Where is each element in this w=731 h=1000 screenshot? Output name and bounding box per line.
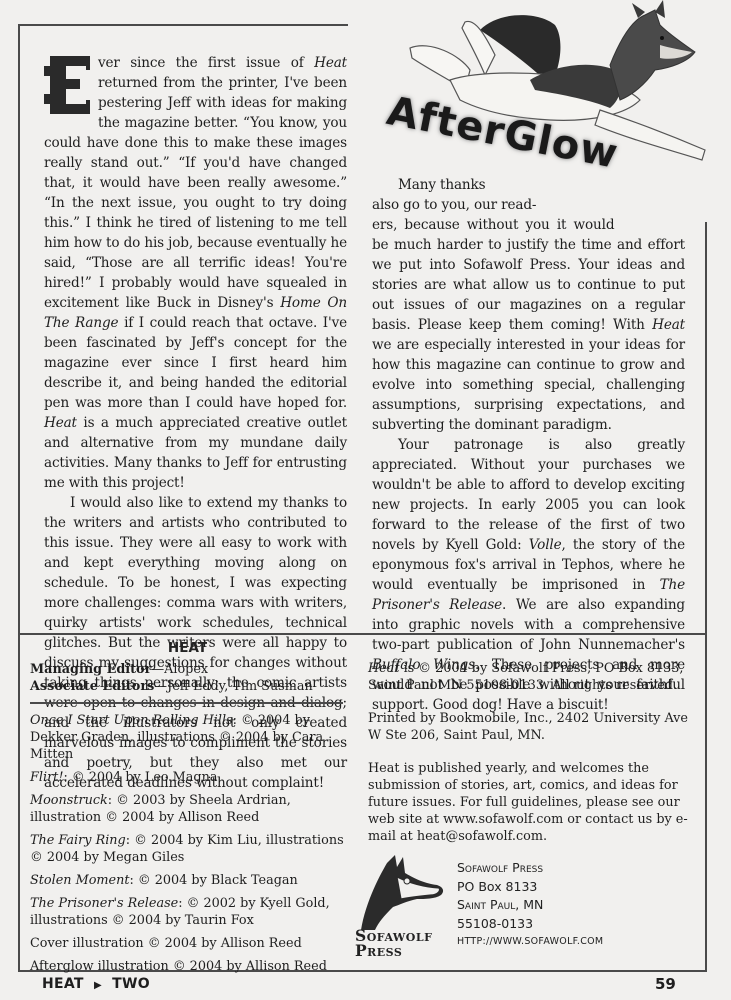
credits-divider [30, 702, 343, 704]
publisher-block: Sofawolf Press Sofawolf Press PO Box 813… [355, 855, 695, 960]
legal-block: Heat is © 2004 by Sofawolf Press, PO Box… [368, 660, 693, 861]
managing-editor: Managing Editor—Alopex [30, 661, 345, 678]
page-number: 59 [655, 975, 676, 993]
sofawolf-logo-icon [357, 855, 449, 930]
footer-arrow-icon: ▶ [94, 980, 102, 991]
credit-item: Afterglow illustration © 2004 by Allison… [30, 958, 345, 975]
publisher-city: Saint Paul, MN [457, 896, 603, 915]
associate-editors: Associate Editors—Jeff Eddy, Tim Susman [30, 678, 345, 695]
submissions-notice: Heat is published yearly, and welcomes t… [368, 760, 693, 845]
credit-item: Once I Start Upon Rolling Hills: © 2004 … [30, 712, 345, 763]
publisher-po-box: PO Box 8133 [457, 878, 603, 897]
credit-item: Flirt!: © 2004 by Leo Magna [30, 769, 345, 786]
frame-top-rule [18, 24, 348, 26]
sofawolf-wordmark: Sofawolf Press [355, 928, 432, 958]
printer-notice: Printed by Bookmobile, Inc., 2402 Univer… [368, 710, 693, 744]
credit-item: Stolen Moment: © 2004 by Black Teagan [30, 872, 345, 889]
publisher-address: Sofawolf Press PO Box 8133 Saint Paul, M… [457, 859, 603, 952]
article-paragraph-3: Many thanks also go to you, our read- er… [372, 175, 685, 435]
copyright-notice: Heat is © 2004 by Sofawolf Press, PO Box… [368, 660, 693, 694]
dropcap-e-icon [44, 56, 90, 114]
credit-item: Moonstruck: © 2003 by Sheela Ardrian, il… [30, 792, 345, 826]
credit-item: The Fairy Ring: © 2004 by Kim Liu, illus… [30, 832, 345, 866]
credit-item: Cover illustration © 2004 by Allison Ree… [30, 935, 345, 952]
footer-magazine-name: HEAT [42, 976, 84, 992]
running-footer: HEAT ▶ TWO [42, 976, 150, 992]
frame-left-rule [18, 24, 20, 971]
dropcap-e [44, 56, 90, 114]
article-column-right: Many thanks also go to you, our read- er… [372, 175, 685, 715]
frame-right-rule [705, 222, 707, 971]
publisher-url-link[interactable]: http://www.sofawolf.com [457, 933, 603, 952]
publisher-name: Sofawolf Press [457, 859, 603, 878]
credits-heading: HEAT [30, 640, 345, 657]
afterglow-masthead: AfterGlow [370, 0, 731, 170]
credits-block: HEAT Managing Editor—Alopex Associate Ed… [30, 640, 345, 981]
credit-item: The Prisoner's Release: © 2002 by Kyell … [30, 895, 345, 929]
footer-issue: TWO [112, 976, 150, 992]
article-paragraph-1: ver since the first issue of Heat return… [44, 53, 347, 493]
publisher-zip: 55108-0133 [457, 915, 603, 934]
